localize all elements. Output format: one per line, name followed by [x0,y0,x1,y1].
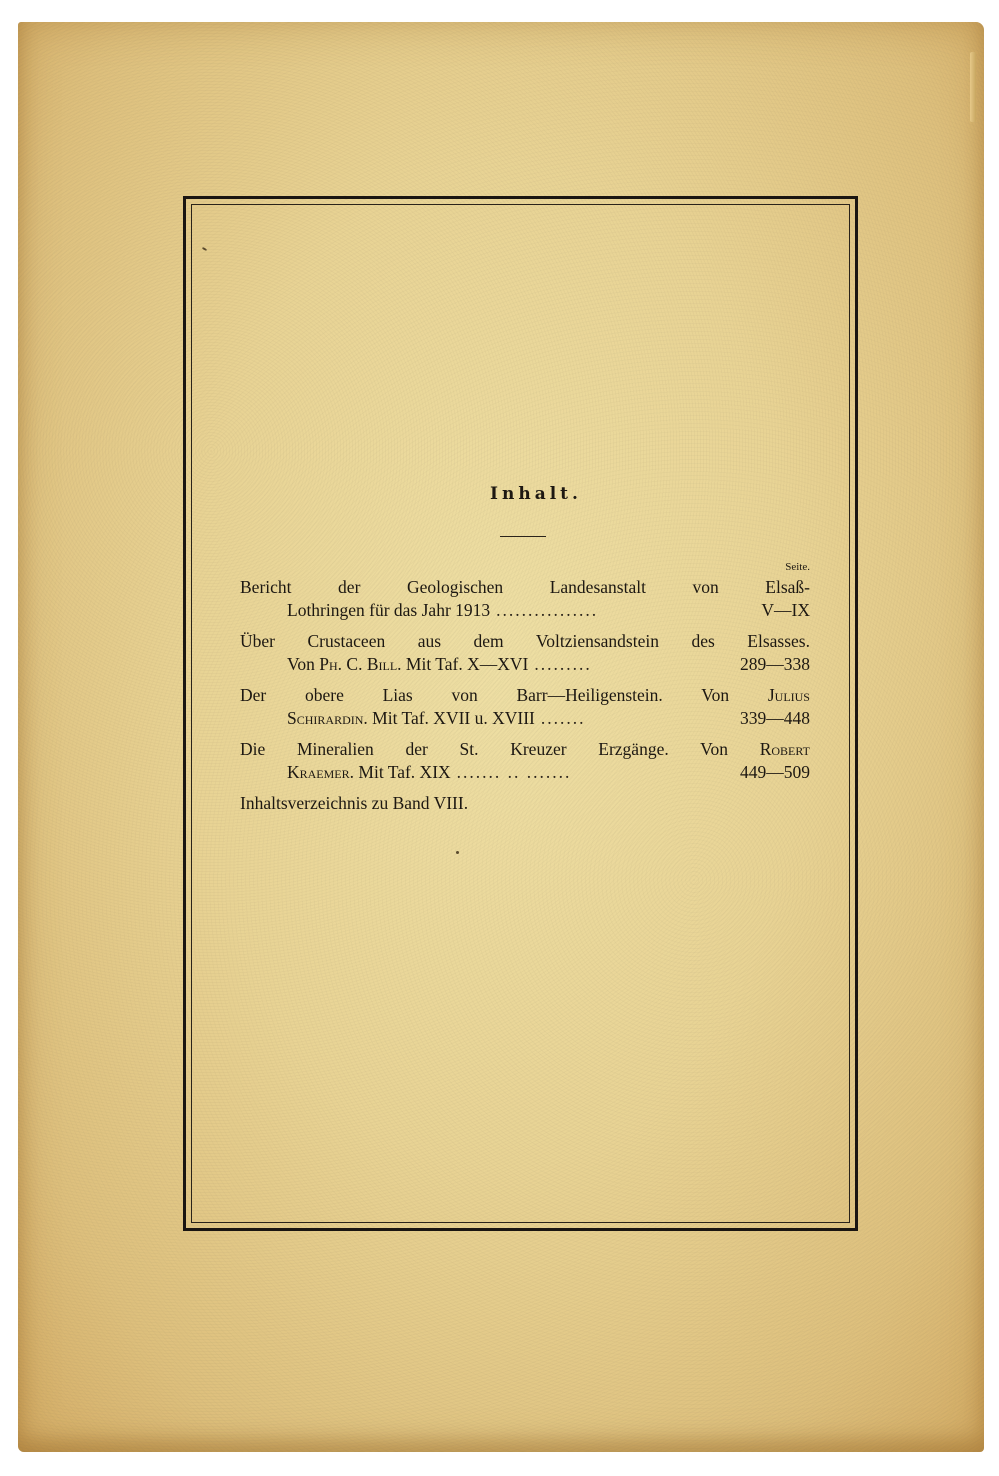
toc-entry: Der obere Lias von Barr—Heiligenstein. V… [240,684,810,730]
toc-entry-pages: V—IX [724,599,810,622]
toc-list: Bericht der Geologischen Landesanstalt v… [240,576,810,815]
toc-entry-author: Ph. C. Bill [319,654,397,674]
toc-entry: Die Mineralien der St. Kreuzer Erzgänge.… [240,738,810,784]
toc-entry-author: Julius [768,685,810,705]
toc-entry-index: Inhaltsverzeichnis zu Band VIII. [240,792,810,815]
table-of-contents-block: Inhalt. Seite. Bericht der Geologischen … [240,482,810,815]
toc-entry-author: Schirardin [287,708,363,728]
page-title: Inhalt. [240,482,810,506]
toc-entry-author: Kraemer [287,762,350,782]
title-divider [500,536,546,537]
toc-entry-pages: 339—448 [724,707,810,730]
toc-entry-title-cont: Lothringen für das Jahr 1913 [287,599,490,622]
toc-entry: Über Crustaceen aus dem Voltziensandstei… [240,630,810,676]
toc-entry-title: Über Crustaceen aus dem Voltziensandstei… [240,630,810,653]
dot-leader: ................ [490,599,724,622]
toc-entry-title: Die Mineralien der St. Kreuzer Erzgänge.… [240,739,760,759]
paper-torn-edge [970,52,976,122]
scan-stage: Inhalt. Seite. Bericht der Geologischen … [0,0,999,1476]
toc-entry-plates: . Mit Taf. XIX [350,762,451,782]
toc-entry-plates: . Mit Taf. X—XVI [397,654,528,674]
toc-entry-title: Bericht der Geologischen Landesanstalt v… [240,576,810,599]
toc-entry-pages: 449—509 [724,761,810,784]
toc-entry: Bericht der Geologischen Landesanstalt v… [240,576,810,622]
dot-leader: ......... [528,653,724,676]
toc-entry-von: Von [287,654,319,674]
dot-leader: ....... [535,707,724,730]
toc-entry-author: Robert [760,739,810,759]
ink-speck [456,851,459,854]
toc-entry-title: Der obere Lias von Barr—Heiligenstein. V… [240,685,768,705]
toc-entry-plates: . Mit Taf. XVII u. XVIII [363,708,534,728]
page-column-header: Seite. [240,560,810,574]
dot-leader: ....... .. ....... [451,761,724,784]
toc-entry-pages: 289—338 [724,653,810,676]
